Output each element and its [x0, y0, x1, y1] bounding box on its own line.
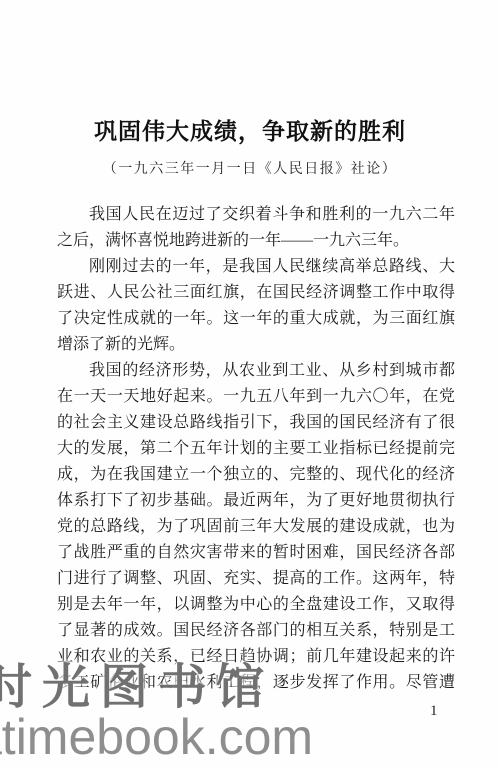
body-line: 增添了新的光辉。 — [57, 332, 455, 358]
body-line: 跃进、人民公社三面红旗，在国民经济调整工作中取得 — [57, 280, 455, 306]
book-page: 巩固伟大成绩，争取新的胜利 （一九六三年一月一日《人民日报》社论） 我国人民在迈… — [0, 0, 500, 768]
body-line: 了显著的成效。国民经济各部门的相互关系，特别是工 — [57, 618, 455, 644]
watermark-site-url: atimebook.com — [0, 708, 313, 766]
body-line: 的社会主义建设总路线指引下，我国的国民经济有了很 — [57, 410, 455, 436]
body-line: 之后，满怀喜悦地跨进新的一年——一九六三年。 — [57, 228, 455, 254]
article-subtitle: （一九六三年一月一日《人民日报》社论） — [0, 158, 500, 178]
body-line: 党的总路线，为了巩固前三年大发展的建设成就，也为 — [57, 514, 455, 540]
body-line: 业和农业的关系，已经日趋协调；前几年建设起来的许 — [57, 644, 455, 670]
body-line: 我国的经济形势，从农业到工业、从乡村到城市都 — [57, 358, 455, 384]
body-line: 成，为在我国建立一个独立的、完整的、现代化的经济 — [57, 462, 455, 488]
body-line: 门进行了调整、巩固、充实、提高的工作。这两年，特 — [57, 566, 455, 592]
page-number: 1 — [430, 703, 438, 720]
body-line: 大的发展，第二个五年计划的主要工业指标已经提前完 — [57, 436, 455, 462]
body-line: 刚刚过去的一年，是我国人民继续高举总路线、大 — [57, 254, 455, 280]
body-line: 体系打下了初步基础。最近两年，为了更好地贯彻执行 — [57, 488, 455, 514]
body-line: 我国人民在迈过了交织着斗争和胜利的一九六二年 — [57, 202, 455, 228]
body-line: 别是去年一年，以调整为中心的全盘建设工作，又取得 — [57, 592, 455, 618]
body-line: 在一天一天地好起来。一九五八年到一九六〇年，在党 — [57, 384, 455, 410]
article-title: 巩固伟大成绩，争取新的胜利 — [0, 113, 500, 146]
body-line: 了决定性成就的一年。这一年的重大成就，为三面红旗 — [57, 306, 455, 332]
body-line: 多工矿企业和农田水利工程，逐步发挥了作用。尽管遭 — [57, 670, 455, 696]
body-line: 了战胜严重的自然灾害带来的暂时困难，国民经济各部 — [57, 540, 455, 566]
article-body: 我国人民在迈过了交织着斗争和胜利的一九六二年 之后，满怀喜悦地跨进新的一年——一… — [57, 202, 455, 696]
